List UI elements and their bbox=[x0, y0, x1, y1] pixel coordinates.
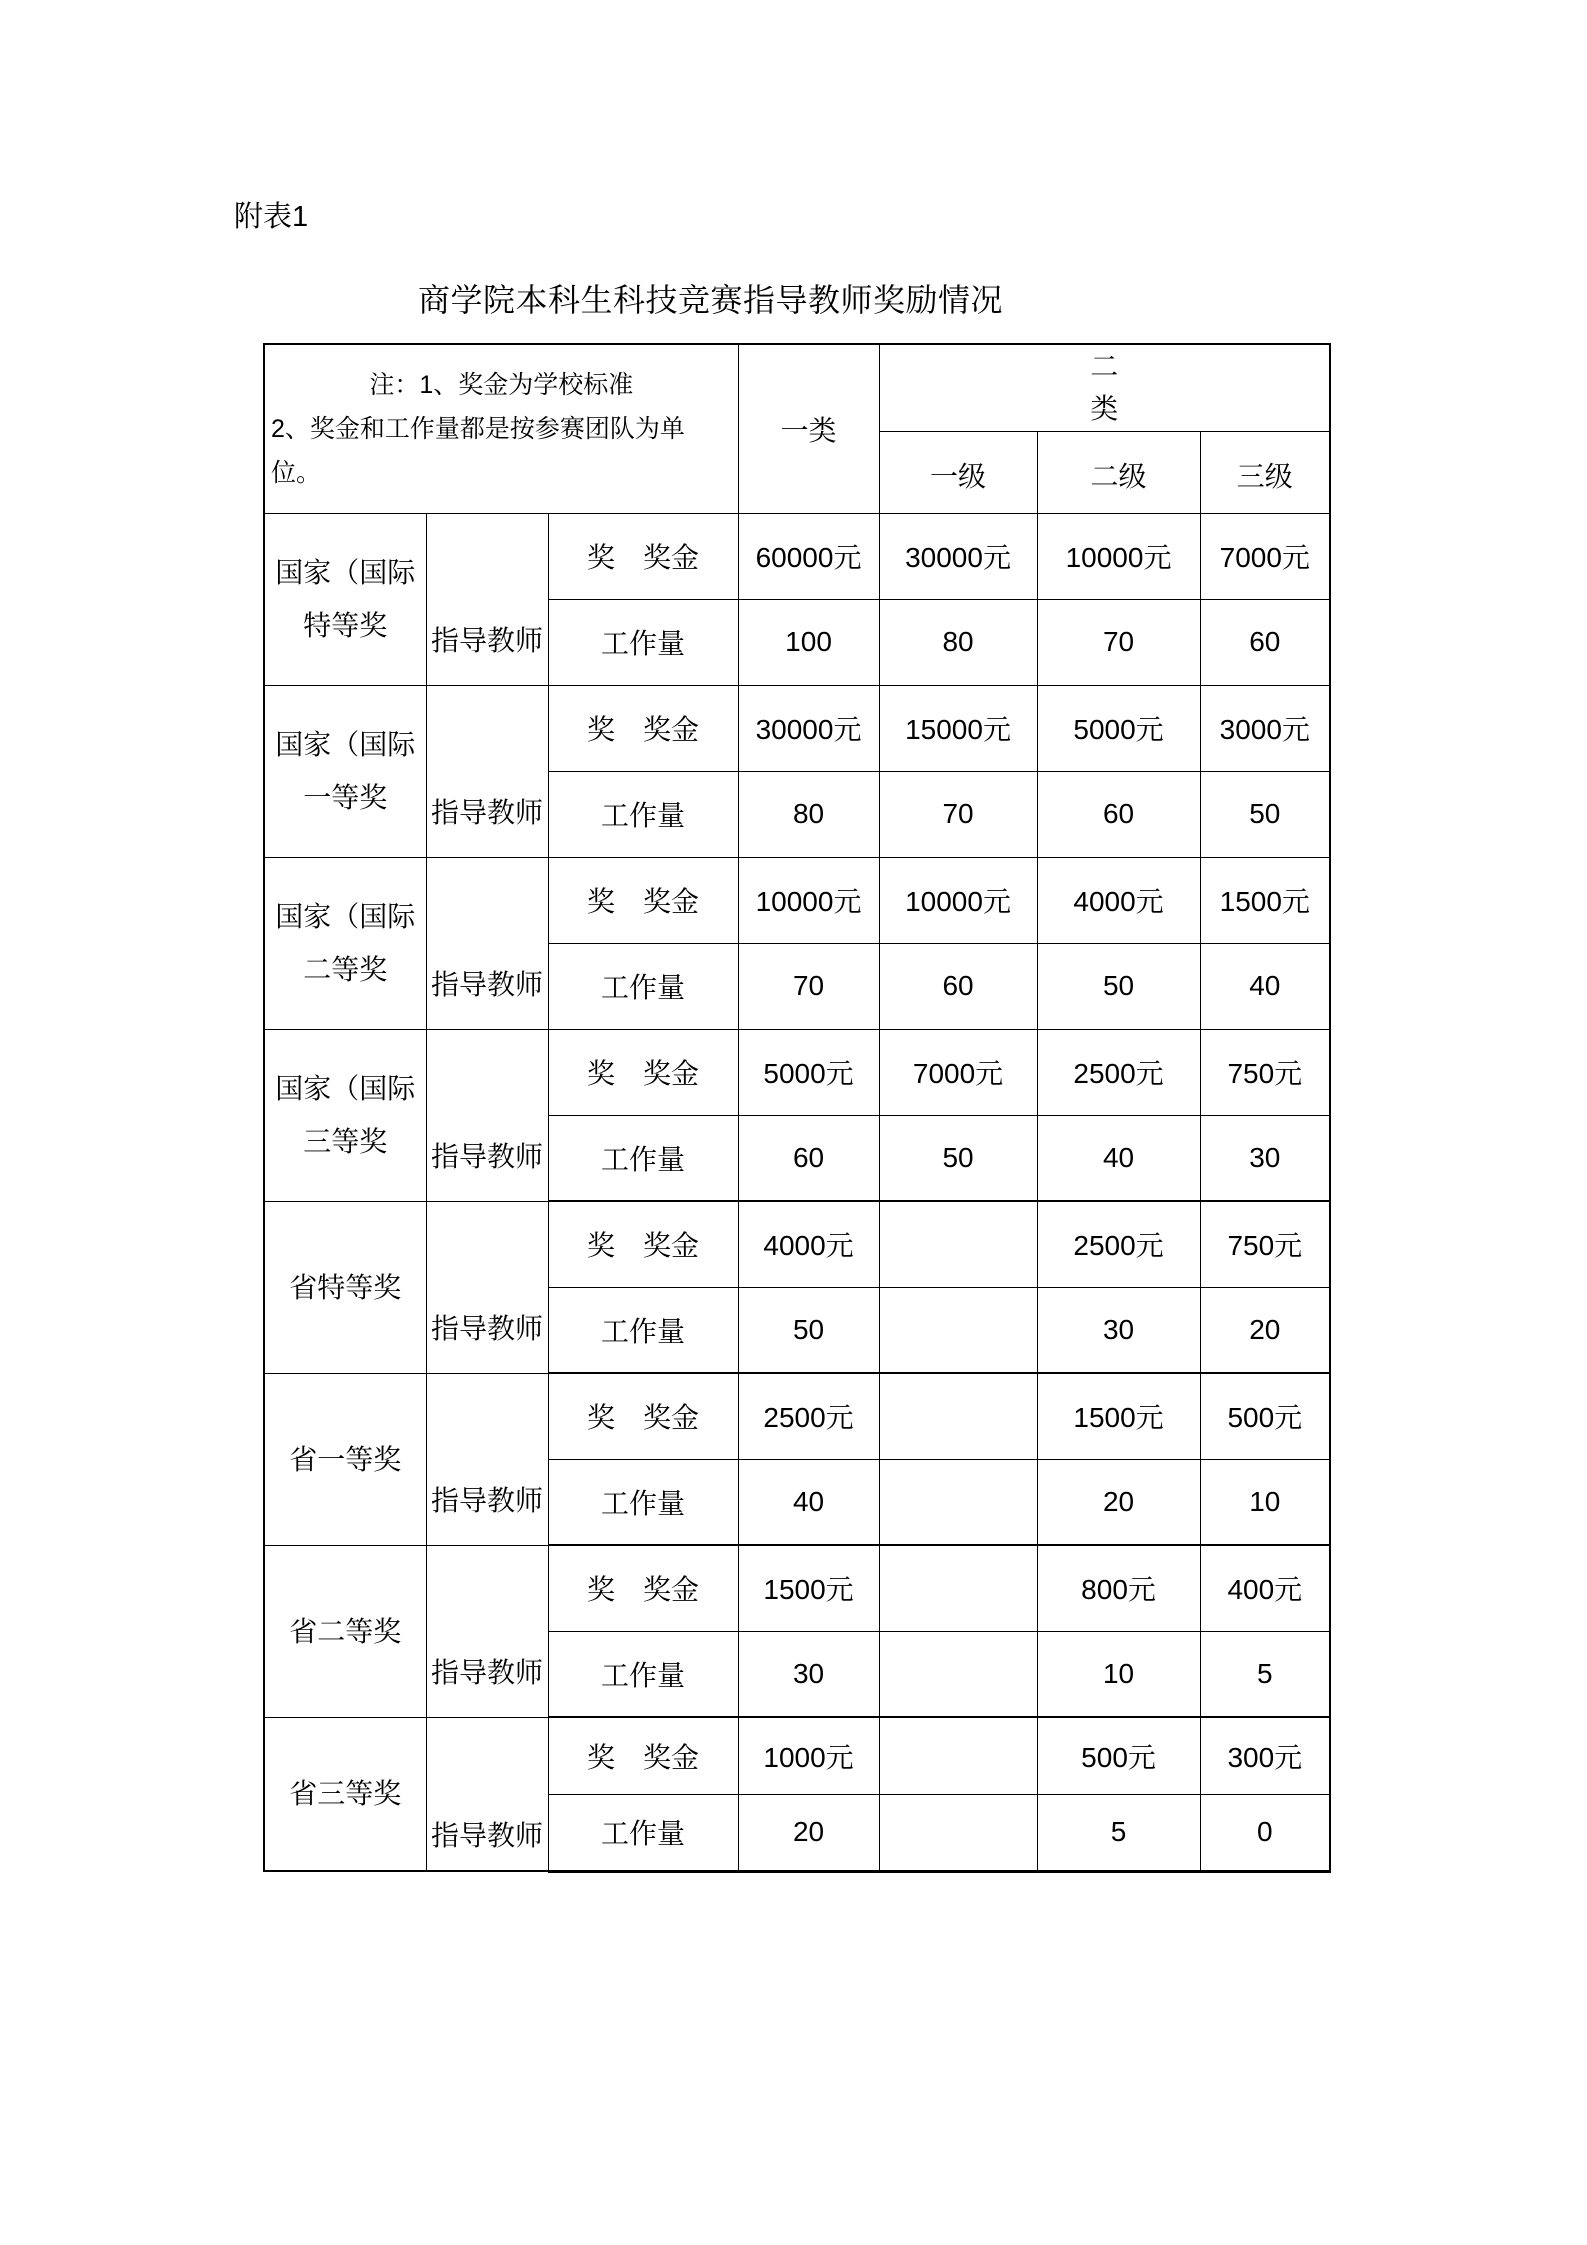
workload-value-cell: 20 bbox=[738, 1794, 879, 1871]
bonus-label-cell: 奖 奖金 bbox=[548, 1373, 738, 1459]
document-page: 附表1 商学院本科生科技竞赛指导教师奖励情况 注：1、奖金为学校标准 2、奖金和… bbox=[0, 0, 1587, 2245]
bonus-value-cell bbox=[879, 1201, 1037, 1287]
workload-value-cell: 50 bbox=[879, 1115, 1037, 1201]
teacher-cell: 指导教师 bbox=[426, 1201, 548, 1373]
appendix-label: 附表1 bbox=[234, 200, 308, 234]
workload-value-cell: 50 bbox=[1200, 771, 1330, 857]
teacher-cell: 指导教师 bbox=[426, 685, 548, 857]
bonus-value-cell: 750元 bbox=[1200, 1029, 1330, 1115]
bonus-value-cell: 400元 bbox=[1200, 1545, 1330, 1631]
col-header-level3: 三级 bbox=[1200, 431, 1330, 513]
workload-value-cell: 50 bbox=[1037, 943, 1200, 1029]
teacher-cell: 指导教师 bbox=[426, 1373, 548, 1545]
workload-value-cell: 70 bbox=[1037, 599, 1200, 685]
bonus-label-cell: 奖 奖金 bbox=[548, 685, 738, 771]
workload-value-cell: 60 bbox=[1037, 771, 1200, 857]
bonus-value-cell: 5000元 bbox=[1037, 685, 1200, 771]
bonus-label-cell: 奖 奖金 bbox=[548, 1717, 738, 1794]
bonus-value-cell: 7000元 bbox=[1200, 513, 1330, 599]
workload-value-cell: 40 bbox=[1200, 943, 1330, 1029]
bonus-value-cell: 800元 bbox=[1037, 1545, 1200, 1631]
bonus-value-cell: 2500元 bbox=[1037, 1201, 1200, 1287]
workload-value-cell bbox=[879, 1459, 1037, 1545]
teacher-cell: 指导教师 bbox=[426, 1545, 548, 1717]
bonus-value-cell bbox=[879, 1545, 1037, 1631]
col-header-category1: 一类 bbox=[738, 344, 879, 513]
table-row: 国家（国际 三等奖 指导教师 奖 奖金 5000元 7000元 2500元 75… bbox=[264, 1029, 1330, 1115]
bonus-value-cell: 750元 bbox=[1200, 1201, 1330, 1287]
workload-value-cell: 20 bbox=[1200, 1287, 1330, 1373]
bonus-label-cell: 奖 奖金 bbox=[548, 1545, 738, 1631]
workload-value-cell bbox=[879, 1287, 1037, 1373]
workload-value-cell: 40 bbox=[1037, 1115, 1200, 1201]
workload-value-cell: 40 bbox=[738, 1459, 879, 1545]
workload-value-cell: 10 bbox=[1200, 1459, 1330, 1545]
col-header-level2: 二级 bbox=[1037, 431, 1200, 513]
workload-label-cell: 工作量 bbox=[548, 599, 738, 685]
bonus-value-cell: 10000元 bbox=[738, 857, 879, 943]
notes-cell: 注：1、奖金为学校标准 2、奖金和工作量都是按参赛团队为单位。 bbox=[264, 344, 738, 513]
teacher-cell: 指导教师 bbox=[426, 857, 548, 1029]
workload-value-cell: 5 bbox=[1200, 1631, 1330, 1717]
teacher-cell: 指导教师 bbox=[426, 1029, 548, 1201]
table-row: 国家（国际 特等奖 指导教师 奖 奖金 60000元 30000元 10000元… bbox=[264, 513, 1330, 599]
workload-value-cell: 5 bbox=[1037, 1794, 1200, 1871]
workload-value-cell: 0 bbox=[1200, 1794, 1330, 1871]
bonus-label-cell: 奖 奖金 bbox=[548, 1201, 738, 1287]
workload-value-cell: 60 bbox=[738, 1115, 879, 1201]
workload-value-cell: 100 bbox=[738, 599, 879, 685]
note-line-1: 注：1、奖金为学校标准 bbox=[271, 363, 732, 407]
bonus-value-cell: 1500元 bbox=[1200, 857, 1330, 943]
bonus-label-cell: 奖 奖金 bbox=[548, 857, 738, 943]
col-header-level1: 一级 bbox=[879, 431, 1037, 513]
table-row: 省一等奖 指导教师 奖 奖金 2500元 1500元 500元 bbox=[264, 1373, 1330, 1459]
bonus-value-cell: 4000元 bbox=[1037, 857, 1200, 943]
award-cell: 省一等奖 bbox=[264, 1373, 426, 1545]
workload-label-cell: 工作量 bbox=[548, 1459, 738, 1545]
workload-label-cell: 工作量 bbox=[548, 1794, 738, 1871]
bonus-value-cell: 2500元 bbox=[738, 1373, 879, 1459]
bonus-value-cell: 3000元 bbox=[1200, 685, 1330, 771]
bonus-value-cell: 1000元 bbox=[738, 1717, 879, 1794]
bonus-value-cell: 1500元 bbox=[1037, 1373, 1200, 1459]
table-row: 省三等奖 指导教师 奖 奖金 1000元 500元 300元 bbox=[264, 1717, 1330, 1794]
workload-value-cell bbox=[879, 1631, 1037, 1717]
col-header-category2: 二 类 bbox=[879, 344, 1330, 431]
workload-value-cell: 80 bbox=[738, 771, 879, 857]
bonus-value-cell: 30000元 bbox=[879, 513, 1037, 599]
page-title: 商学院本科生科技竞赛指导教师奖励情况 bbox=[418, 281, 1003, 319]
bonus-value-cell bbox=[879, 1373, 1037, 1459]
bonus-value-cell: 15000元 bbox=[879, 685, 1037, 771]
bonus-value-cell: 300元 bbox=[1200, 1717, 1330, 1794]
award-cell: 省二等奖 bbox=[264, 1545, 426, 1717]
workload-value-cell: 70 bbox=[738, 943, 879, 1029]
workload-value-cell: 10 bbox=[1037, 1631, 1200, 1717]
bonus-value-cell: 500元 bbox=[1037, 1717, 1200, 1794]
award-cell: 国家（国际 特等奖 bbox=[264, 513, 426, 685]
workload-value-cell: 20 bbox=[1037, 1459, 1200, 1545]
workload-value-cell: 60 bbox=[879, 943, 1037, 1029]
bonus-value-cell: 10000元 bbox=[879, 857, 1037, 943]
workload-value-cell bbox=[879, 1794, 1037, 1871]
bonus-label-cell: 奖 奖金 bbox=[548, 513, 738, 599]
note-line-2: 2、奖金和工作量都是按参赛团队为单位。 bbox=[271, 407, 732, 495]
table-row: 省特等奖 指导教师 奖 奖金 4000元 2500元 750元 bbox=[264, 1201, 1330, 1287]
bonus-value-cell bbox=[879, 1717, 1037, 1794]
workload-label-cell: 工作量 bbox=[548, 1115, 738, 1201]
award-cell: 国家（国际 一等奖 bbox=[264, 685, 426, 857]
table-row: 省二等奖 指导教师 奖 奖金 1500元 800元 400元 bbox=[264, 1545, 1330, 1631]
bonus-value-cell: 1500元 bbox=[738, 1545, 879, 1631]
award-cell: 省特等奖 bbox=[264, 1201, 426, 1373]
bonus-value-cell: 10000元 bbox=[1037, 513, 1200, 599]
teacher-cell: 指导教师 bbox=[426, 1717, 548, 1871]
workload-label-cell: 工作量 bbox=[548, 1287, 738, 1373]
workload-value-cell: 30 bbox=[1200, 1115, 1330, 1201]
bonus-value-cell: 2500元 bbox=[1037, 1029, 1200, 1115]
award-cell: 国家（国际 二等奖 bbox=[264, 857, 426, 1029]
workload-label-cell: 工作量 bbox=[548, 1631, 738, 1717]
bonus-label-cell: 奖 奖金 bbox=[548, 1029, 738, 1115]
workload-value-cell: 80 bbox=[879, 599, 1037, 685]
bonus-value-cell: 7000元 bbox=[879, 1029, 1037, 1115]
bonus-value-cell: 30000元 bbox=[738, 685, 879, 771]
workload-value-cell: 30 bbox=[738, 1631, 879, 1717]
award-cell: 国家（国际 三等奖 bbox=[264, 1029, 426, 1201]
table-row: 国家（国际 二等奖 指导教师 奖 奖金 10000元 10000元 4000元 … bbox=[264, 857, 1330, 943]
workload-value-cell: 60 bbox=[1200, 599, 1330, 685]
workload-label-cell: 工作量 bbox=[548, 771, 738, 857]
reward-table: 注：1、奖金为学校标准 2、奖金和工作量都是按参赛团队为单位。 一类 二 类 一… bbox=[263, 343, 1331, 1873]
teacher-cell: 指导教师 bbox=[426, 513, 548, 685]
header-row-1: 注：1、奖金为学校标准 2、奖金和工作量都是按参赛团队为单位。 一类 二 类 bbox=[264, 344, 1330, 431]
bonus-value-cell: 5000元 bbox=[738, 1029, 879, 1115]
bonus-value-cell: 500元 bbox=[1200, 1373, 1330, 1459]
bonus-value-cell: 4000元 bbox=[738, 1201, 879, 1287]
bonus-value-cell: 60000元 bbox=[738, 513, 879, 599]
award-cell: 省三等奖 bbox=[264, 1717, 426, 1871]
workload-label-cell: 工作量 bbox=[548, 943, 738, 1029]
workload-value-cell: 50 bbox=[738, 1287, 879, 1373]
table-row: 国家（国际 一等奖 指导教师 奖 奖金 30000元 15000元 5000元 … bbox=[264, 685, 1330, 771]
workload-value-cell: 70 bbox=[879, 771, 1037, 857]
workload-value-cell: 30 bbox=[1037, 1287, 1200, 1373]
